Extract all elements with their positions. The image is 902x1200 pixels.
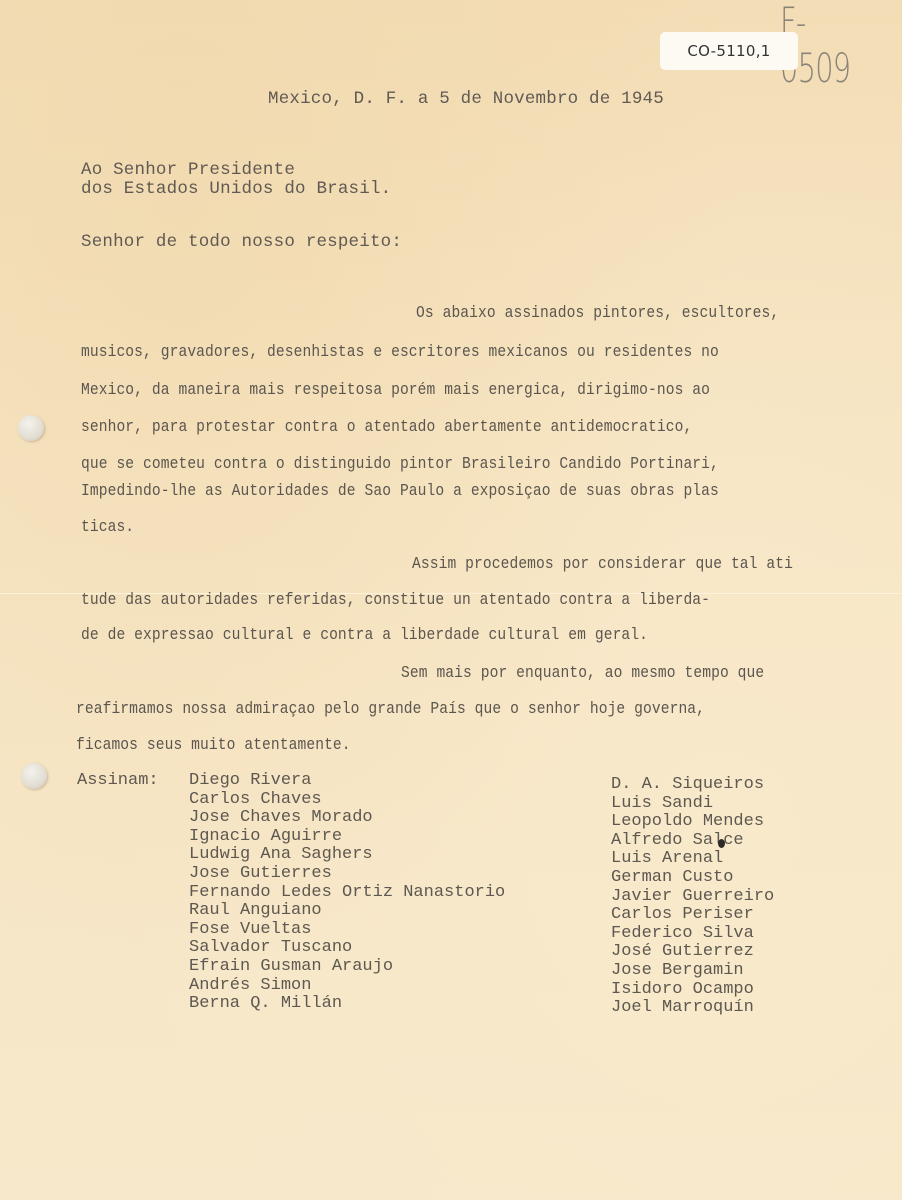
signatory-name: Fernando Ledes Ortiz Nanastorio — [189, 884, 505, 903]
signatures-left-column: Diego Rivera Carlos Chaves Jose Chaves M… — [189, 772, 505, 1014]
signatory-name: Luis Sandi — [611, 795, 774, 814]
signatory-name: Isidoro Ocampo — [611, 981, 774, 1000]
signatory-name: Jose Chaves Morado — [189, 809, 505, 828]
signatory-name: Berna Q. Millán — [189, 995, 505, 1014]
signatory-name: José Gutierrez — [611, 943, 774, 962]
signatory-name: Carlos Periser — [611, 906, 774, 925]
paragraph-line: musicos, gravadores, desenhistas e escri… — [81, 343, 719, 363]
salutation: Senhor de todo nosso respeito: — [81, 232, 402, 252]
addressee-line-1: Ao Senhor Presidente — [81, 160, 295, 180]
letter-page: F-0509 CO-5110,1 Mexico, D. F. a 5 de No… — [0, 0, 902, 1200]
paragraph-line: senhor, para protestar contra o atentado… — [81, 418, 692, 438]
ink-blot-mark — [718, 839, 725, 848]
paragraph-line: Mexico, da maneira mais respeitosa porém… — [81, 381, 710, 401]
paragraph-line: ficamos seus muito atentamente. — [76, 736, 351, 756]
paragraph-line: de de expressao cultural e contra a libe… — [81, 626, 648, 646]
signatory-name: D. A. Siqueiros — [611, 776, 774, 795]
signatory-name: Salvador Tuscano — [189, 939, 505, 958]
signatory-name: Jose Gutierres — [189, 865, 505, 884]
addressee-line-2: dos Estados Unidos do Brasil. — [81, 179, 391, 199]
dateline: Mexico, D. F. a 5 de Novembro de 1945 — [268, 89, 664, 109]
signatory-name: Efrain Gusman Araujo — [189, 958, 505, 977]
paragraph-line: Sem mais por enquanto, ao mesmo tempo qu… — [401, 664, 764, 684]
signatory-name: Leopoldo Mendes — [611, 813, 774, 832]
catalog-label-sticker: CO-5110,1 — [660, 32, 798, 70]
paragraph-line: Os abaixo assinados pintores, escultores… — [416, 304, 779, 324]
signatory-name: Alfredo Salce — [611, 832, 774, 851]
signatory-name: Ludwig Ana Saghers — [189, 846, 505, 865]
signatory-name: Andrés Simon — [189, 977, 505, 996]
signatory-name: Jose Bergamin — [611, 962, 774, 981]
signatures-right-column: D. A. Siqueiros Luis Sandi Leopoldo Mend… — [611, 776, 774, 1018]
signatory-name: Raul Anguiano — [189, 902, 505, 921]
signatory-name: Carlos Chaves — [189, 791, 505, 810]
paragraph-line: Impedindo-lhe as Autoridades de Sao Paul… — [81, 482, 719, 502]
signatory-name: Joel Marroquín — [611, 999, 774, 1018]
signatory-name: Luis Arenal — [611, 850, 774, 869]
paragraph-line: Assim procedemos por considerar que tal … — [412, 555, 793, 575]
signatory-name: Fose Vueltas — [189, 921, 505, 940]
paragraph-line: tude das autoridades referidas, constitu… — [81, 591, 710, 611]
signatory-name: Ignacio Aguirre — [189, 828, 505, 847]
punch-hole-bottom — [21, 763, 47, 789]
paragraph-line: que se cometeu contra o distinguido pint… — [81, 455, 719, 475]
punch-hole-top — [18, 415, 44, 441]
paragraph-line: ticas. — [81, 518, 134, 538]
signatory-name: Javier Guerreiro — [611, 888, 774, 907]
paragraph-line: reafirmamos nossa admiraçao pelo grande … — [76, 700, 705, 720]
signatory-name: Diego Rivera — [189, 772, 505, 791]
signatory-name: Federico Silva — [611, 925, 774, 944]
signatures-label: Assinam: — [77, 772, 159, 791]
signatory-name: German Custo — [611, 869, 774, 888]
